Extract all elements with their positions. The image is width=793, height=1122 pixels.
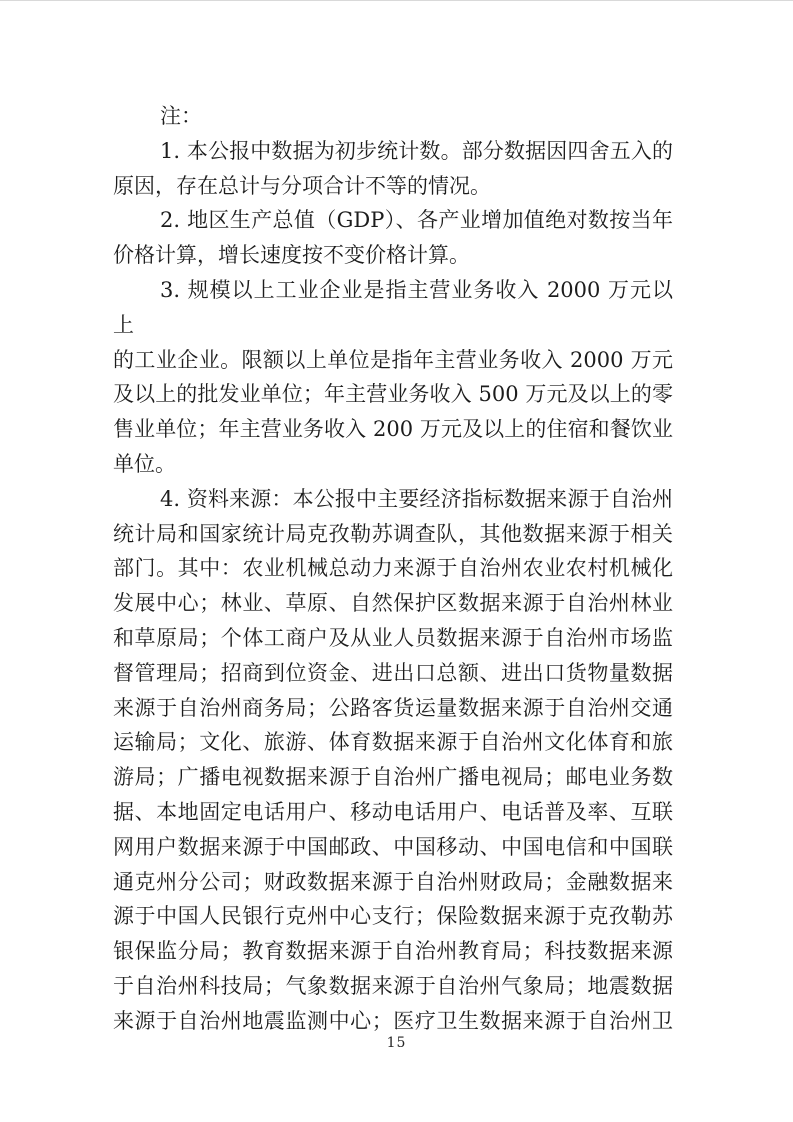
text-line: 于自治州科技局；气象数据来源于自治州气象局；地震数据 (113, 969, 673, 1004)
text-line: 注： (113, 99, 673, 134)
text-line: 网用户数据来源于中国邮政、中国移动、中国电信和中国联 (113, 830, 673, 865)
text-line: 部门。其中：农业机械总动力来源于自治州农业农村机械化 (113, 551, 673, 586)
text-line: 来源于自治州商务局；公路客货运量数据来源于自治州交通 (113, 691, 673, 726)
text-line: 售业单位；年主营业务收入 200 万元及以上的住宿和餐饮业 (113, 412, 673, 447)
text-line: 价格计算，增长速度按不变价格计算。 (113, 238, 673, 273)
text-line: 的工业企业。限额以上单位是指年主营业务收入 2000 万元 (113, 343, 673, 378)
text-line: 原因，存在总计与分项合计不等的情况。 (113, 169, 673, 204)
page-top-edge-line (0, 0, 793, 1)
text-line: 游局；广播电视数据来源于自治州广播电视局；邮电业务数 (113, 760, 673, 795)
page-number: 15 (0, 1035, 793, 1051)
text-line: 及以上的批发业单位；年主营业务收入 500 万元及以上的零 (113, 377, 673, 412)
text-line: 统计局和国家统计局克孜勒苏调查队，其他数据来源于相关 (113, 517, 673, 552)
text-line: 运输局；文化、旅游、体育数据来源于自治州文化体育和旅 (113, 725, 673, 760)
text-line: 单位。 (113, 447, 673, 482)
text-line: 和草原局；个体工商户及从业人员数据来源于自治州市场监 (113, 621, 673, 656)
text-line: 1. 本公报中数据为初步统计数。部分数据因四舍五入的 (113, 134, 673, 169)
text-line: 发展中心；林业、草原、自然保护区数据来源于自治州林业 (113, 586, 673, 621)
text-line: 通克州分公司；财政数据来源于自治州财政局；金融数据来 (113, 865, 673, 900)
text-line: 2. 地区生产总值（GDP）、各产业增加值绝对数按当年 (113, 203, 673, 238)
text-line: 源于中国人民银行克州中心支行；保险数据来源于克孜勒苏 (113, 899, 673, 934)
notes-text-block: 注：1. 本公报中数据为初步统计数。部分数据因四舍五入的原因，存在总计与分项合计… (113, 99, 673, 1039)
document-page: 注：1. 本公报中数据为初步统计数。部分数据因四舍五入的原因，存在总计与分项合计… (0, 0, 793, 1122)
text-line: 督管理局；招商到位资金、进出口总额、进出口货物量数据 (113, 656, 673, 691)
text-line: 银保监分局；教育数据来源于自治州教育局；科技数据来源 (113, 934, 673, 969)
text-line: 4. 资料来源：本公报中主要经济指标数据来源于自治州 (113, 482, 673, 517)
text-line: 来源于自治州地震监测中心；医疗卫生数据来源于自治州卫 (113, 1004, 673, 1039)
text-line: 据、本地固定电话用户、移动电话用户、电话普及率、互联 (113, 795, 673, 830)
text-line: 3. 规模以上工业企业是指主营业务收入 2000 万元以上 (113, 273, 673, 343)
